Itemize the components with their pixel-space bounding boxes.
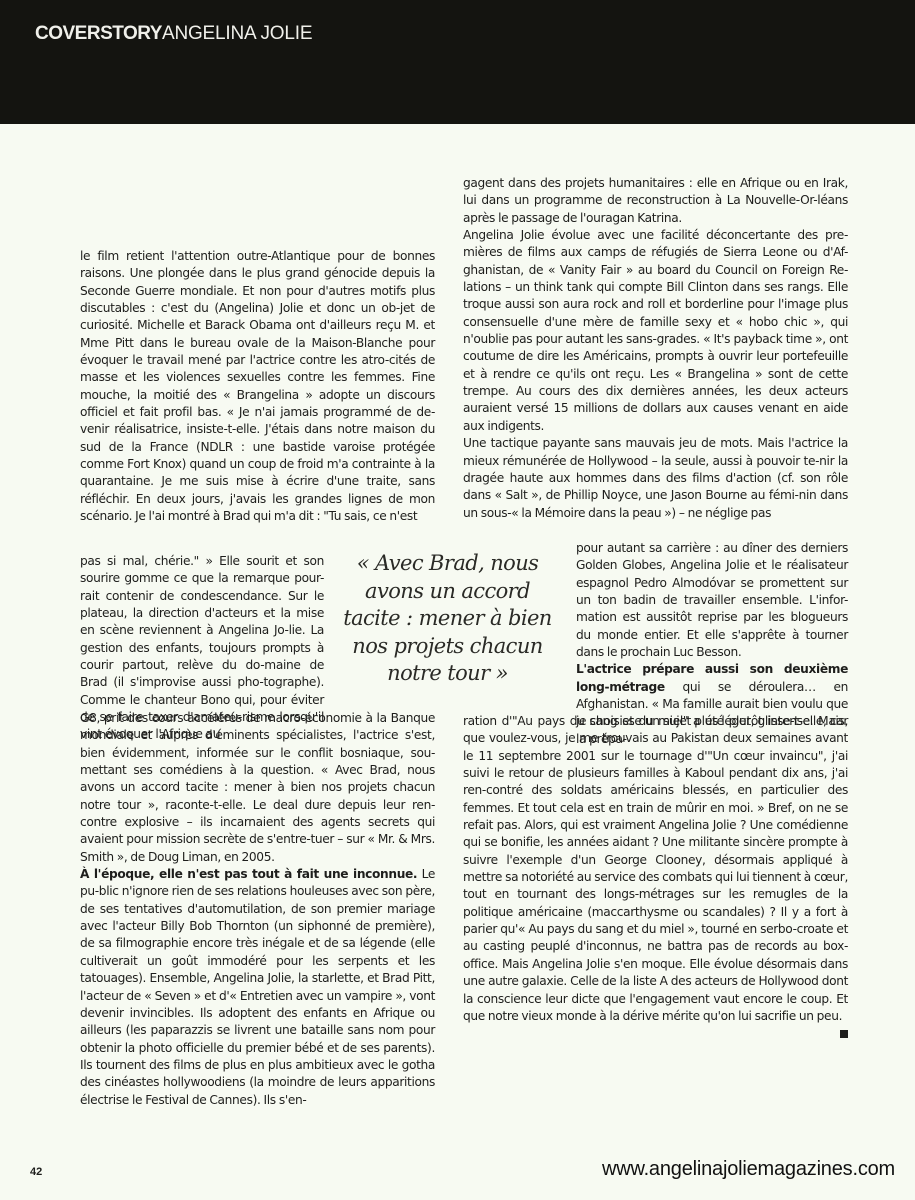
left-column-block-a: le film retient l'attention outre-Atlant… (80, 248, 435, 526)
end-of-article-square-icon (840, 1030, 848, 1038)
header-band: COVERSTORYANGELINA JOLIE (0, 0, 915, 124)
lead-in: À l'époque, elle n'est pas tout à fait u… (80, 867, 417, 881)
section-title: COVERSTORYANGELINA JOLIE (35, 23, 312, 45)
section-subject: ANGELINA JOLIE (162, 23, 312, 44)
paragraph: Une tactique payante sans mauvais jeu de… (463, 435, 848, 522)
paragraph: À l'époque, elle n'est pas tout à fait u… (80, 866, 435, 1109)
pull-quote: « Avec Brad, nous avons un accord tacite… (335, 550, 560, 688)
paragraph: ration d'"Au pays du sang et du miel" a … (463, 713, 848, 1025)
paragraph: gagent dans des projets humanitaires : e… (463, 175, 848, 227)
right-column-block-a: gagent dans des projets humanitaires : e… (463, 175, 848, 522)
right-column-block-c: ration d'"Au pays du sang et du miel" a … (463, 713, 848, 1038)
paragraph: G8, prit des cours accélérés de macro-éc… (80, 710, 435, 866)
paragraph: pour autant sa carrière : au dîner des d… (576, 540, 848, 661)
paragraph: Angelina Jolie évolue avec une facilité … (463, 227, 848, 435)
page-number: 42 (30, 1166, 42, 1178)
section-label: COVERSTORY (35, 23, 162, 44)
paragraph: le film retient l'attention outre-Atlant… (80, 248, 435, 526)
left-column-block-c: G8, prit des cours accélérés de macro-éc… (80, 710, 435, 1109)
website-url[interactable]: www.angelinajoliemagazines.com (602, 1158, 895, 1181)
